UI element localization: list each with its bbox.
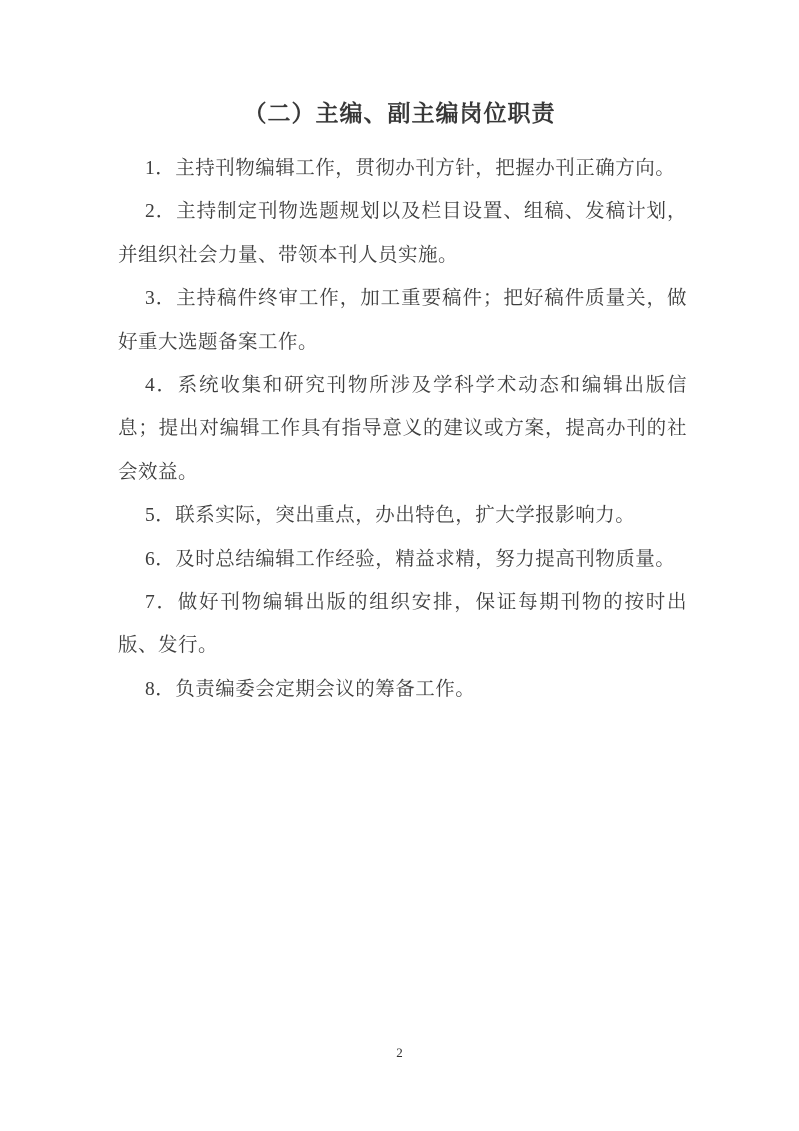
list-item: 5．联系实际，突出重点，办出特色，扩大学报影响力。 [118, 494, 687, 537]
list-item: 4．系统收集和研究刊物所涉及学科学术动态和编辑出版信息；提出对编辑工作具有指导意… [118, 364, 687, 494]
list-item: 8．负责编委会定期会议的筹备工作。 [118, 668, 687, 711]
page-number: 2 [0, 1045, 799, 1061]
document-page: （二）主编、副主编岗位职责 1．主持刊物编辑工作，贯彻办刊方针，把握办刊正确方向… [0, 0, 799, 1131]
list-item: 2．主持制定刊物选题规划以及栏目设置、组稿、发稿计划，并组织社会力量、带领本刊人… [118, 190, 687, 277]
list-item: 6．及时总结编辑工作经验，精益求精，努力提高刊物质量。 [118, 538, 687, 581]
duty-list: 1．主持刊物编辑工作，贯彻办刊方针，把握办刊正确方向。2．主持制定刊物选题规划以… [118, 147, 687, 711]
list-item: 1．主持刊物编辑工作，贯彻办刊方针，把握办刊正确方向。 [118, 147, 687, 190]
list-item: 7．做好刊物编辑出版的组织安排，保证每期刊物的按时出版、发行。 [118, 581, 687, 668]
list-item: 3．主持稿件终审工作，加工重要稿件；把好稿件质量关，做好重大选题备案工作。 [118, 277, 687, 364]
page-title: （二）主编、副主编岗位职责 [0, 0, 799, 130]
